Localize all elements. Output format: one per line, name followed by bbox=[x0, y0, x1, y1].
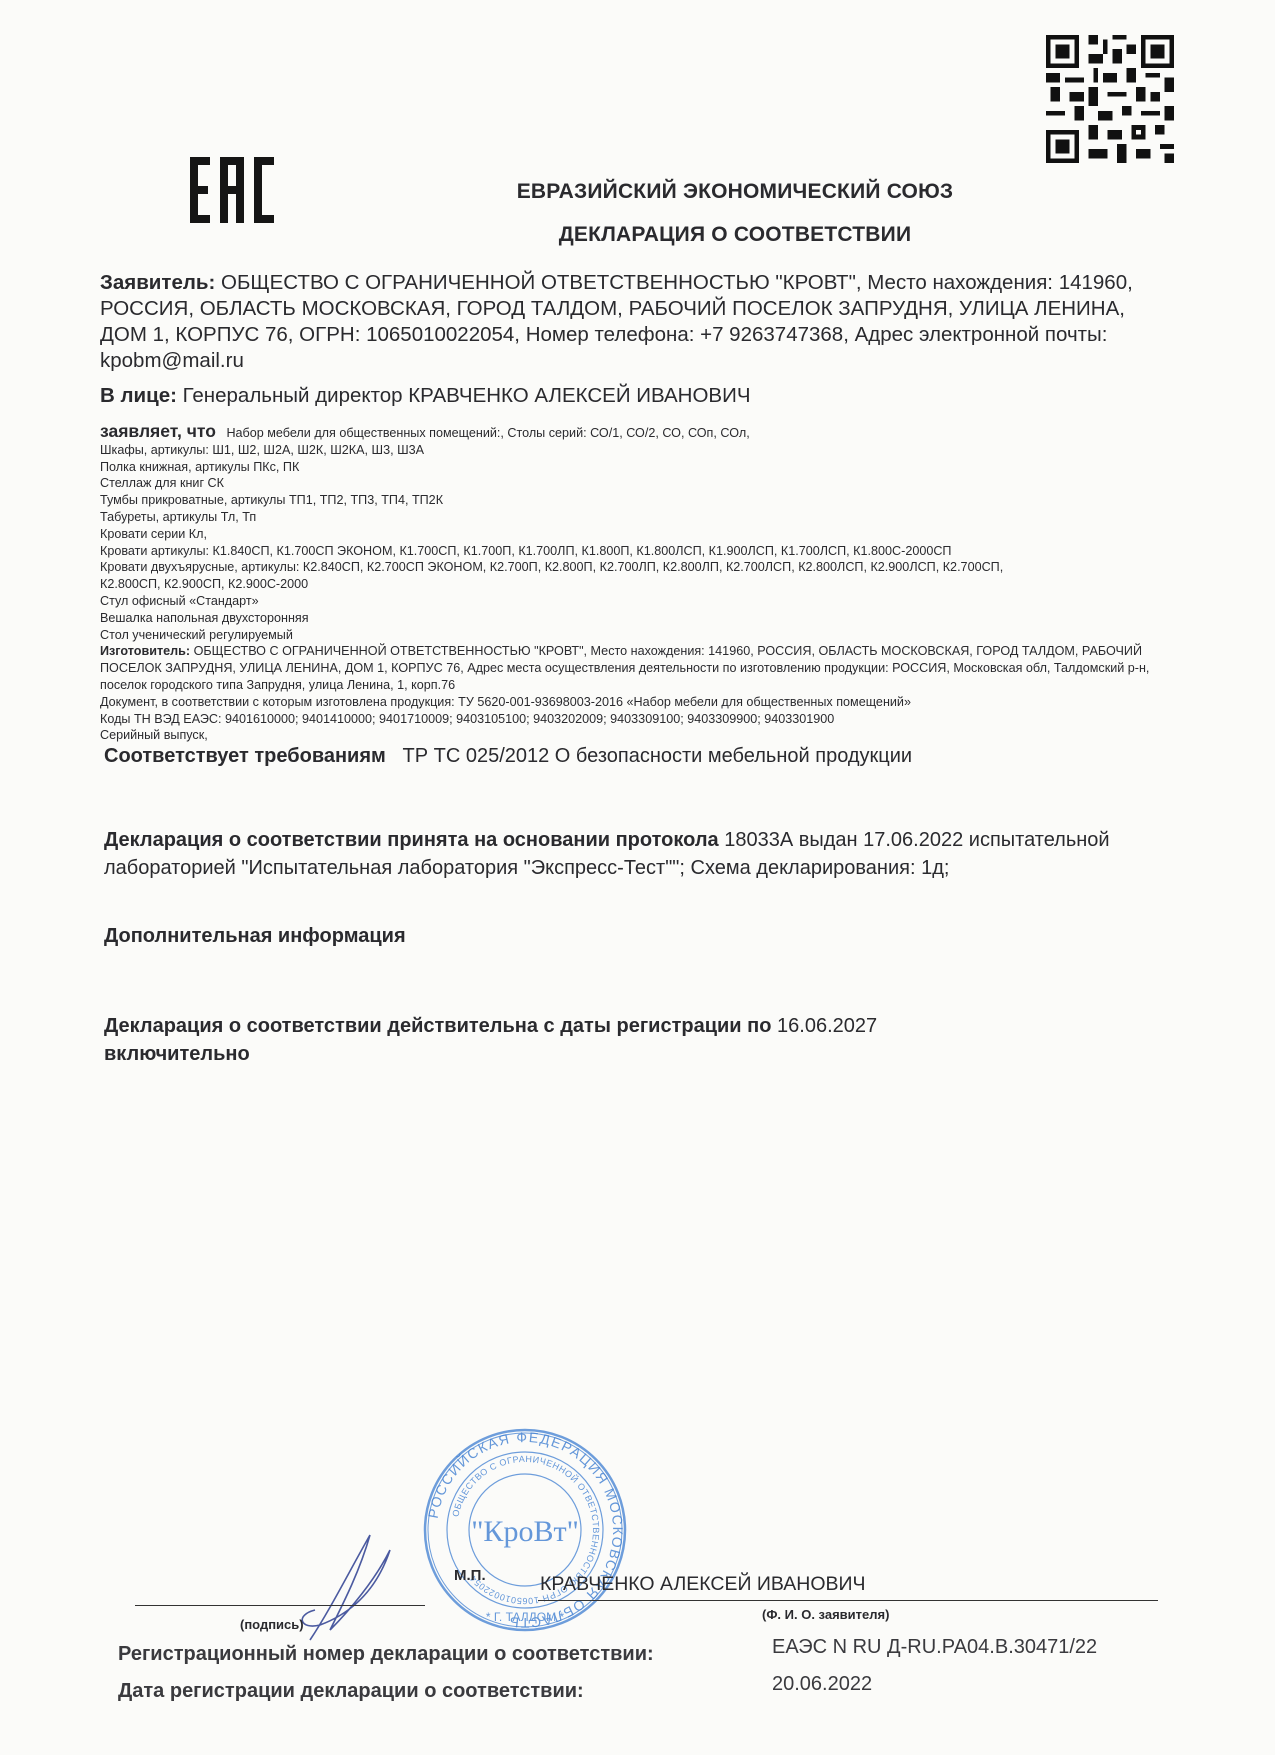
qr-code-icon bbox=[1040, 30, 1180, 168]
declares-block: заявляет, что Набор мебели для обществен… bbox=[100, 423, 1160, 744]
product-line: Шкафы, артикулы: Ш1, Ш2, Ш2А, Ш2К, Ш2КА,… bbox=[100, 442, 1160, 459]
svg-text:* Г. ТАЛДОМ *: * Г. ТАЛДОМ * bbox=[486, 1610, 565, 1624]
applicant-text: ОБЩЕСТВО С ОГРАНИЧЕННОЙ ОТВЕТСТВЕННОСТЬЮ… bbox=[100, 271, 1133, 372]
product-line: Кровати серии Кл, bbox=[100, 526, 1160, 543]
additional-info-heading: Дополнительная информация bbox=[104, 925, 406, 948]
validity-label: Декларация о соответствии действительна … bbox=[104, 1015, 771, 1037]
product-line: Стол ученический регулируемый bbox=[100, 627, 1160, 644]
registration-number-value: ЕАЭС N RU Д-RU.РА04.В.30471/22 bbox=[772, 1636, 1097, 1659]
product-line: Вешалка напольная двухсторонняя bbox=[100, 610, 1160, 627]
conforms-block: Соответствует требованиям ТР ТС 025/2012… bbox=[104, 745, 1164, 768]
applicant-label: Заявитель: bbox=[100, 271, 215, 294]
document-title: ДЕКЛАРАЦИЯ О СООТВЕТСТВИИ bbox=[385, 223, 1085, 247]
signatory-name: КРАВЧЕНКО АЛЕКСЕЙ ИВАНОВИЧ bbox=[540, 1573, 866, 1596]
manufacturer-text: ОБЩЕСТВО С ОГРАНИЧЕННОЙ ОТВЕТСТВЕННОСТЬЮ… bbox=[100, 644, 1149, 692]
registration-date-value: 20.06.2022 bbox=[772, 1673, 872, 1696]
svg-text:"КроВт": "КроВт" bbox=[471, 1515, 579, 1548]
name-caption: (Ф. И. О. заявителя) bbox=[762, 1607, 889, 1622]
signature-scribble-icon bbox=[290, 1530, 410, 1655]
conforms-text: ТР ТС 025/2012 О безопасности мебельной … bbox=[403, 745, 913, 767]
company-stamp: РОССИЙСКАЯ ФЕДЕРАЦИЯ МОСКОВСКАЯ ОБЛАСТЬ … bbox=[420, 1425, 630, 1635]
applicant-block: Заявитель: ОБЩЕСТВО С ОГРАНИЧЕННОЙ ОТВЕТ… bbox=[100, 270, 1160, 374]
conforms-label: Соответствует требованиям bbox=[104, 745, 386, 767]
product-line: Табуреты, артикулы Тл, Тп bbox=[100, 509, 1160, 526]
product-line: Кровати двухъярусные, артикулы: К2.840СП… bbox=[100, 559, 1160, 576]
product-line: Набор мебели для общественных помещений:… bbox=[226, 426, 749, 440]
customs-codes: Коды ТН ВЭД ЕАЭС: 9401610000; 9401410000… bbox=[100, 711, 1160, 728]
protocol-block: Декларация о соответствии принята на осн… bbox=[104, 826, 1124, 882]
signature-line bbox=[135, 1605, 425, 1606]
product-line: Кровати артикулы: К1.840СП, К1.700СП ЭКО… bbox=[100, 543, 1160, 560]
name-line bbox=[538, 1600, 1158, 1601]
represented-by-text: Генеральный директор КРАВЧЕНКО АЛЕКСЕЙ И… bbox=[183, 384, 751, 407]
registration-date-label: Дата регистрации декларации о соответств… bbox=[118, 1680, 584, 1703]
union-title: ЕВРАЗИЙСКИЙ ЭКОНОМИЧЕСКИЙ СОЮЗ bbox=[385, 180, 1085, 204]
represented-by-block: В лице: Генеральный директор КРАВЧЕНКО А… bbox=[100, 383, 1160, 409]
seal-place-label: М.П. bbox=[454, 1567, 486, 1584]
manufacturer-label: Изготовитель: bbox=[100, 644, 190, 658]
eac-logo-icon bbox=[188, 155, 276, 225]
declares-label: заявляет, что bbox=[100, 421, 216, 441]
product-line: К2.800СП, К2.900СП, К2.900С-2000 bbox=[100, 576, 1160, 593]
product-line: Тумбы прикроватные, артикулы ТП1, ТП2, Т… bbox=[100, 492, 1160, 509]
protocol-label: Декларация о соответствии принята на осн… bbox=[104, 829, 719, 851]
represented-by-label: В лице: bbox=[100, 384, 177, 407]
validity-date: 16.06.2027 bbox=[777, 1015, 877, 1037]
manufacturer-block: Изготовитель: ОБЩЕСТВО С ОГРАНИЧЕННОЙ ОТ… bbox=[100, 643, 1160, 693]
product-line: Полка книжная, артикулы ПКс, ПК bbox=[100, 459, 1160, 476]
validity-suffix: включительно bbox=[104, 1043, 250, 1065]
standard-document: Документ, в соответствии с которым изгот… bbox=[100, 694, 1160, 711]
product-line: Стеллаж для книг СК bbox=[100, 475, 1160, 492]
release-type: Серийный выпуск, bbox=[100, 727, 1160, 744]
registration-number-label: Регистрационный номер декларации о соотв… bbox=[118, 1643, 654, 1666]
product-line: Стул офисный «Стандарт» bbox=[100, 593, 1160, 610]
validity-block: Декларация о соответствии действительна … bbox=[104, 1012, 1124, 1068]
signature-caption: (подпись) bbox=[240, 1617, 304, 1632]
